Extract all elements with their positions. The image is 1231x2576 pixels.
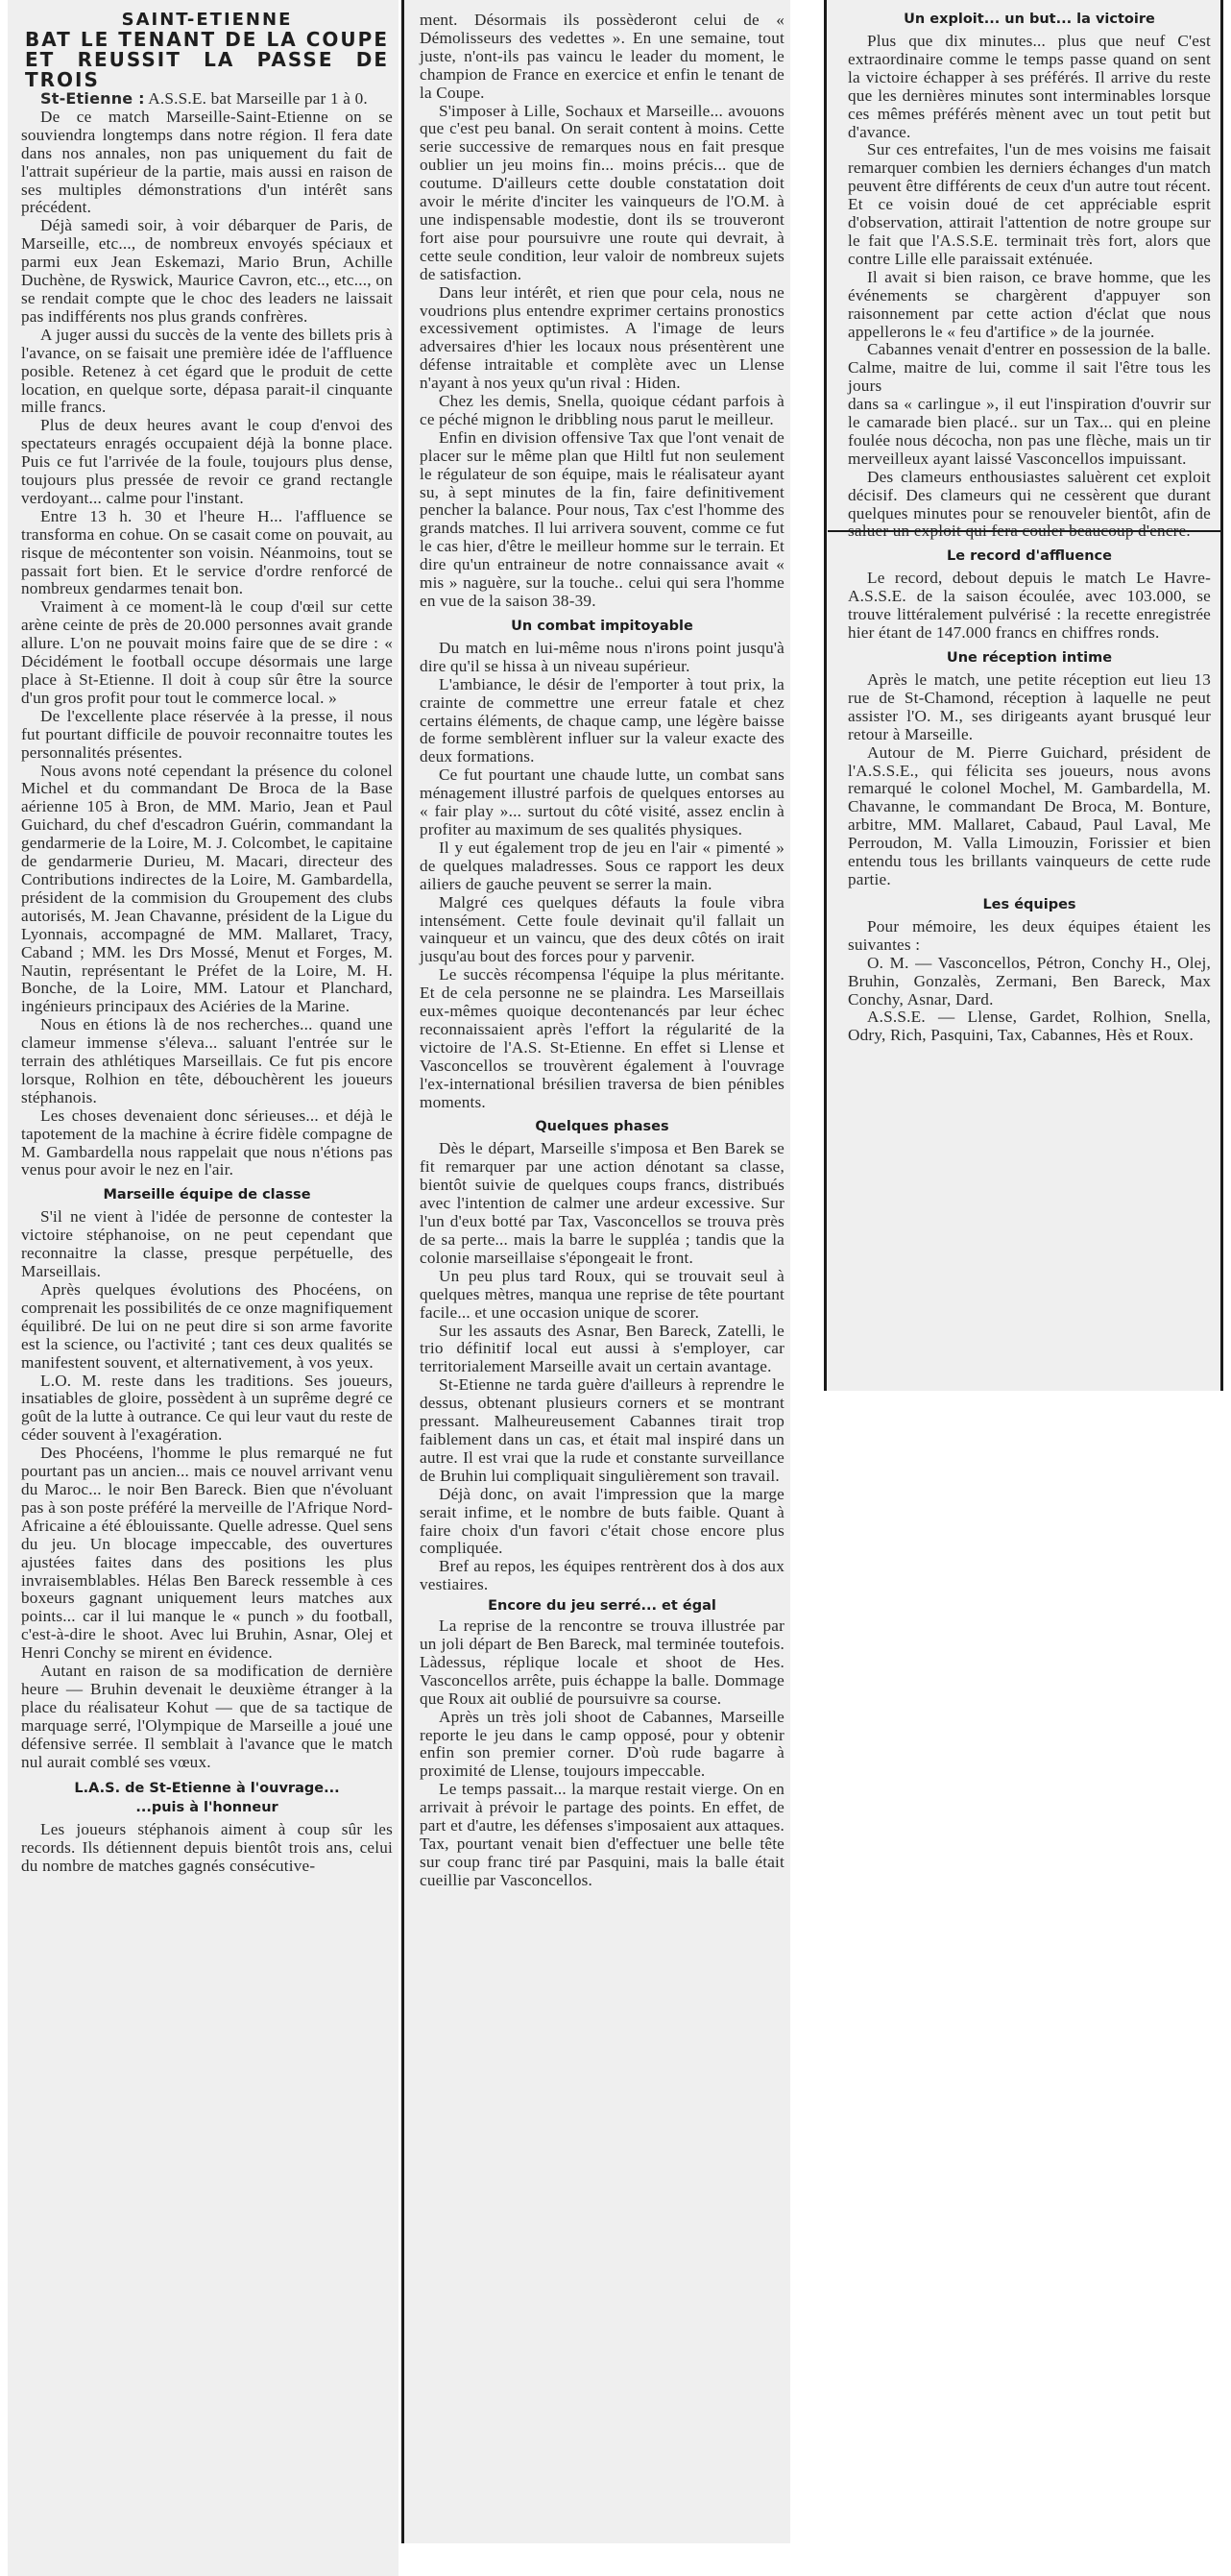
paragraph: S'il ne vient à l'idée de personne de co… xyxy=(21,1208,393,1281)
paragraph: De ce match Marseille-Saint-Etienne on s… xyxy=(21,109,393,217)
paragraph: Des Phocéens, l'homme le plus remarqué n… xyxy=(21,1445,393,1663)
paragraph: Sur les assauts des Asnar, Ben Bareck, Z… xyxy=(420,1323,784,1377)
section-heading: Marseille équipe de classe xyxy=(21,1185,393,1204)
lead-text: A.S.S.E. bat Marseille par 1 à 0. xyxy=(148,89,368,108)
team-lineup-om: O. M. — Vasconcellos, Pétron, Conchy H.,… xyxy=(848,955,1211,1009)
headline-line-2: ET REUSSIT LA PASSE DE TROIS xyxy=(21,50,393,90)
paragraph: Entre 13 h. 30 et l'heure H... l'affluen… xyxy=(21,508,393,599)
article-headline: SAINT-ETIENNE BAT LE TENANT DE LA COUPE … xyxy=(21,10,393,90)
paragraph: Après le match, une petite réception eut… xyxy=(848,671,1211,744)
paragraph: Plus que dix minutes... plus que neuf C'… xyxy=(848,33,1211,141)
paragraph: Après quelques évolutions des Phocéens, … xyxy=(21,1281,393,1373)
paragraph: S'imposer à Lille, Sochaux et Marseille.… xyxy=(420,103,784,284)
paragraph: Le record, debout depuis le match Le Hav… xyxy=(848,570,1211,643)
paragraph: Dans leur intérêt, et rien que pour cela… xyxy=(420,284,784,393)
paragraph: Ce fut pourtant une chaude lutte, un com… xyxy=(420,766,784,839)
paragraph: L.O. M. reste dans les traditions. Ses j… xyxy=(21,1373,393,1446)
paragraph: Autant en raison de sa modification de d… xyxy=(21,1663,393,1771)
paragraph: Pour mémoire, les deux équipes étaient l… xyxy=(848,918,1211,955)
section-heading: Encore du jeu serré... et égal xyxy=(420,1596,784,1616)
paragraph: dans sa « carlingue », il eut l'inspirat… xyxy=(848,396,1211,469)
newspaper-page: SAINT-ETIENNE BAT LE TENANT DE LA COUPE … xyxy=(0,0,1231,2576)
paragraph: Du match en lui-même nous n'irons point … xyxy=(420,640,784,676)
section-heading: Les équipes xyxy=(848,895,1211,914)
column-left: SAINT-ETIENNE BAT LE TENANT DE LA COUPE … xyxy=(8,0,398,2576)
paragraph: Enfin en division offensive Tax que l'on… xyxy=(420,429,784,611)
paragraph: Un peu plus tard Roux, qui se trouvait s… xyxy=(420,1268,784,1323)
paragraph: Dès le départ, Marseille s'imposa et Ben… xyxy=(420,1140,784,1267)
team-lineup-asse: A.S.S.E. — Llense, Gardet, Rolhion, Snel… xyxy=(848,1009,1211,1045)
paragraph: Autour de M. Pierre Guichard, président … xyxy=(848,744,1211,889)
paragraph: Sur ces entrefaites, l'un de mes voisins… xyxy=(848,141,1211,268)
paragraph: Vraiment à ce moment-là le coup d'œil su… xyxy=(21,598,393,707)
section-heading: L.A.S. de St-Etienne à l'ouvrage... ...p… xyxy=(21,1779,393,1817)
paragraph: A juger aussi du succès de la vente des … xyxy=(21,327,393,418)
paragraph: La reprise de la rencontre se trouva ill… xyxy=(420,1617,784,1709)
paragraph: St-Etienne ne tarda guère d'ailleurs à r… xyxy=(420,1376,784,1485)
paragraph: De l'excellente place réservée à la pres… xyxy=(21,708,393,763)
paragraph: Le succès récompensa l'équipe la plus mé… xyxy=(420,966,784,1111)
section-heading-line-2: ...puis à l'honneur xyxy=(21,1798,393,1817)
paragraph: Après un très joli shoot de Cabannes, Ma… xyxy=(420,1709,784,1782)
paragraph: Nous en étions là de nos recherches... q… xyxy=(21,1016,393,1107)
section-heading: Le record d'affluence xyxy=(848,547,1211,566)
paragraph: ment. Désormais ils possèderont celui de… xyxy=(420,12,784,103)
headline-line-1: BAT LE TENANT DE LA COUPE xyxy=(21,30,393,50)
dateline: St-Etienne : xyxy=(40,89,145,108)
section-heading: Une réception intime xyxy=(848,648,1211,668)
section-heading: Un exploit... un but... la victoire xyxy=(848,10,1211,29)
paragraph: Bref au repos, les équipes rentrèrent do… xyxy=(420,1558,784,1594)
paragraph: Nous avons noté cependant la présence du… xyxy=(21,763,393,1017)
paragraph: Le temps passait... la marque restait vi… xyxy=(420,1781,784,1889)
headline-kicker: SAINT-ETIENNE xyxy=(21,10,393,30)
paragraph: Malgré ces quelques défauts la foule vib… xyxy=(420,894,784,967)
paragraph: Les joueurs stéphanois aiment à coup sûr… xyxy=(21,1821,393,1876)
paragraph: L'ambiance, le désir de l'emporter à tou… xyxy=(420,676,784,767)
column-right: Un exploit... un but... la victoire Plus… xyxy=(824,0,1223,1391)
paragraph: Cabannes venait d'entrer en possession d… xyxy=(848,341,1211,396)
paragraph: Il avait si bien raison, ce brave homme,… xyxy=(848,269,1211,342)
section-heading-line-1: L.A.S. de St-Etienne à l'ouvrage... xyxy=(21,1779,393,1798)
paragraph: Les choses devenaient donc sérieuses... … xyxy=(21,1107,393,1180)
paragraph: Chez les demis, Snella, quoique cédant p… xyxy=(420,393,784,429)
column-divider-rule xyxy=(828,530,1221,532)
section-heading: Quelques phases xyxy=(420,1117,784,1136)
paragraph: Déjà samedi soir, à voir débarquer de Pa… xyxy=(21,217,393,326)
paragraph: Déjà donc, on avait l'impression que la … xyxy=(420,1486,784,1559)
lead-paragraph: St-Etienne : A.S.S.E. bat Marseille par … xyxy=(21,90,393,109)
section-heading: Un combat impitoyable xyxy=(420,617,784,636)
paragraph: Plus de deux heures avant le coup d'envo… xyxy=(21,417,393,508)
column-middle: ment. Désormais ils possèderont celui de… xyxy=(401,0,790,2543)
paragraph: Il y eut également trop de jeu en l'air … xyxy=(420,839,784,894)
